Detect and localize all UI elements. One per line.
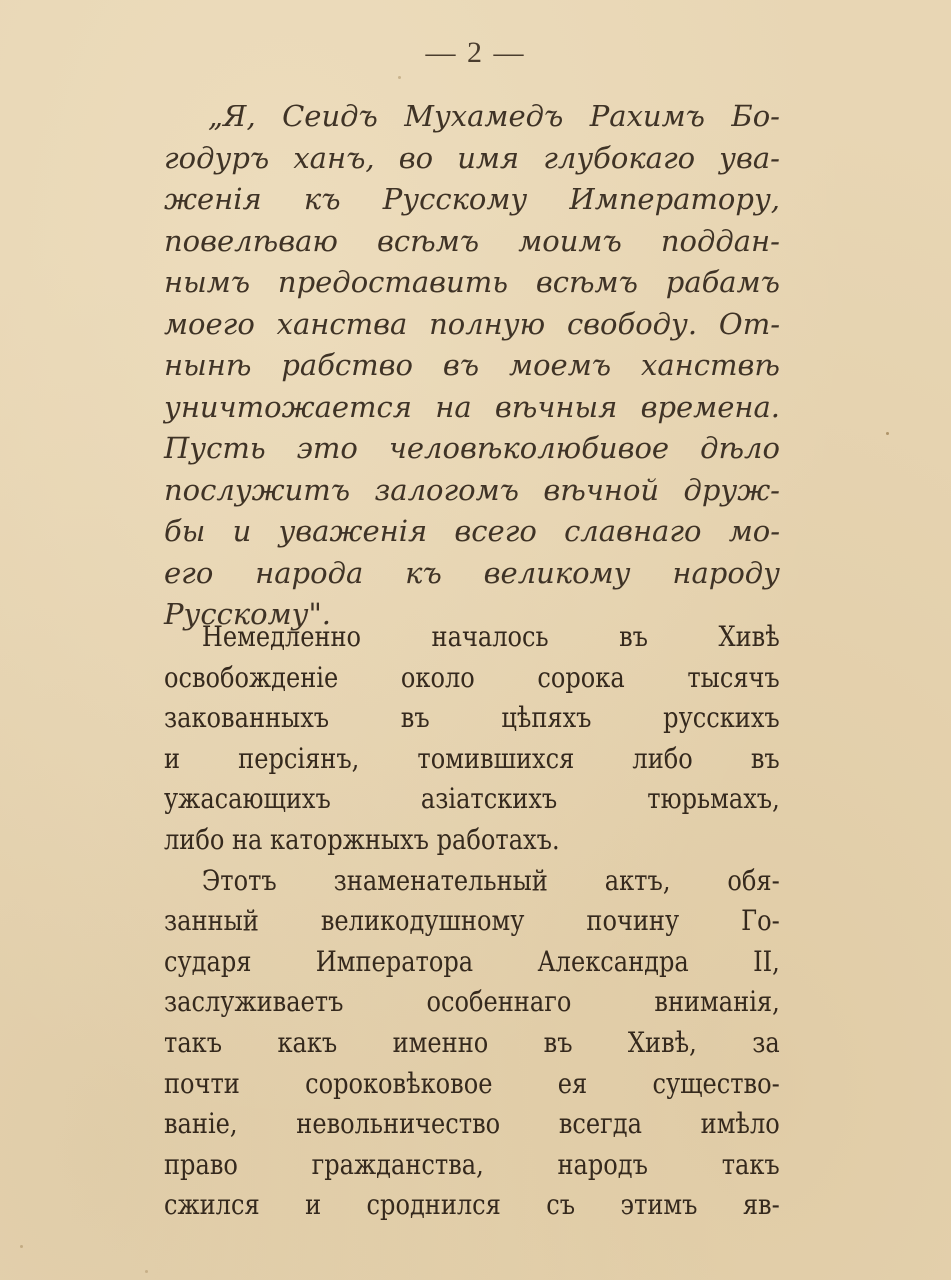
quote-line: „Я,СеидъМухамедъРахимъБо- — [164, 96, 780, 138]
text-line: сжилсяисроднилсясъэтимъяв- — [164, 1185, 780, 1226]
paper-speck — [886, 432, 889, 435]
body-text: НемедленноначалосьвъХивѣ освобожденіеоко… — [164, 617, 780, 1226]
paper-speck — [145, 1270, 148, 1273]
book-page: — 2 — „Я,СеидъМухамедъРахимъБо- годуръха… — [0, 0, 951, 1280]
paragraph-significance: Этотъзнаменательныйактъ,обя- занныйвелик… — [164, 861, 780, 1226]
text-line: закованныхъвъцѣпяхърусскихъ — [164, 698, 780, 739]
paper-speck — [398, 76, 401, 79]
text-line: иперсіянъ,томившихсялибовъ — [164, 739, 780, 780]
quote-line: годуръханъ,воимяглубокагоува- — [164, 138, 780, 180]
text-line: либо на каторжныхъ работахъ. — [164, 820, 780, 861]
khan-decree-quote: „Я,СеидъМухамедъРахимъБо- годуръханъ,вои… — [164, 96, 780, 636]
paper-speck — [20, 1245, 23, 1248]
text-line: правогражданства,народътакъ — [164, 1145, 780, 1186]
text-line: почтисороковѣковоееясущество- — [164, 1064, 780, 1105]
quote-line: нынѣрабствовъмоемъханствѣ — [164, 345, 780, 387]
quote-line: егонародакъвеликомународу — [164, 553, 780, 595]
quote-line: быиуваженіявсегославнагомо- — [164, 511, 780, 553]
text-line: Этотъзнаменательныйактъ,обя- — [164, 861, 780, 902]
text-line: заслуживаетъособеннаговниманія, — [164, 982, 780, 1023]
text-line: занныйвеликодушномупочинуГо- — [164, 901, 780, 942]
quote-line: послужитъзалогомъвѣчнойдруж- — [164, 470, 780, 512]
quote-line: повелѣваювсѣмъмоимъподдан- — [164, 221, 780, 263]
quote-line: Пустьэточеловѣколюбивоедѣло — [164, 428, 780, 470]
text-line: НемедленноначалосьвъХивѣ — [164, 617, 780, 658]
paragraph-liberation: НемедленноначалосьвъХивѣ освобожденіеоко… — [164, 617, 780, 861]
page-number: — 2 — — [0, 36, 951, 70]
quote-line: нымъпредоставитьвсѣмърабамъ — [164, 262, 780, 304]
quote-line: моегоханстваполнуюсвободу.От- — [164, 304, 780, 346]
quote-line: женіякъРусскомуИмператору, — [164, 179, 780, 221]
text-line: такъкакъименновъХивѣ,за — [164, 1023, 780, 1064]
text-line: ваніе,невольничествовсегдаимѣло — [164, 1104, 780, 1145]
text-line: ужасающихъазіатскихътюрьмахъ, — [164, 779, 780, 820]
text-line: освобожденіеоколосорокатысячъ — [164, 658, 780, 699]
text-line: сударяИмператораАлександраII, — [164, 942, 780, 983]
quote-line: уничтожаетсянавѣчныявремена. — [164, 387, 780, 429]
